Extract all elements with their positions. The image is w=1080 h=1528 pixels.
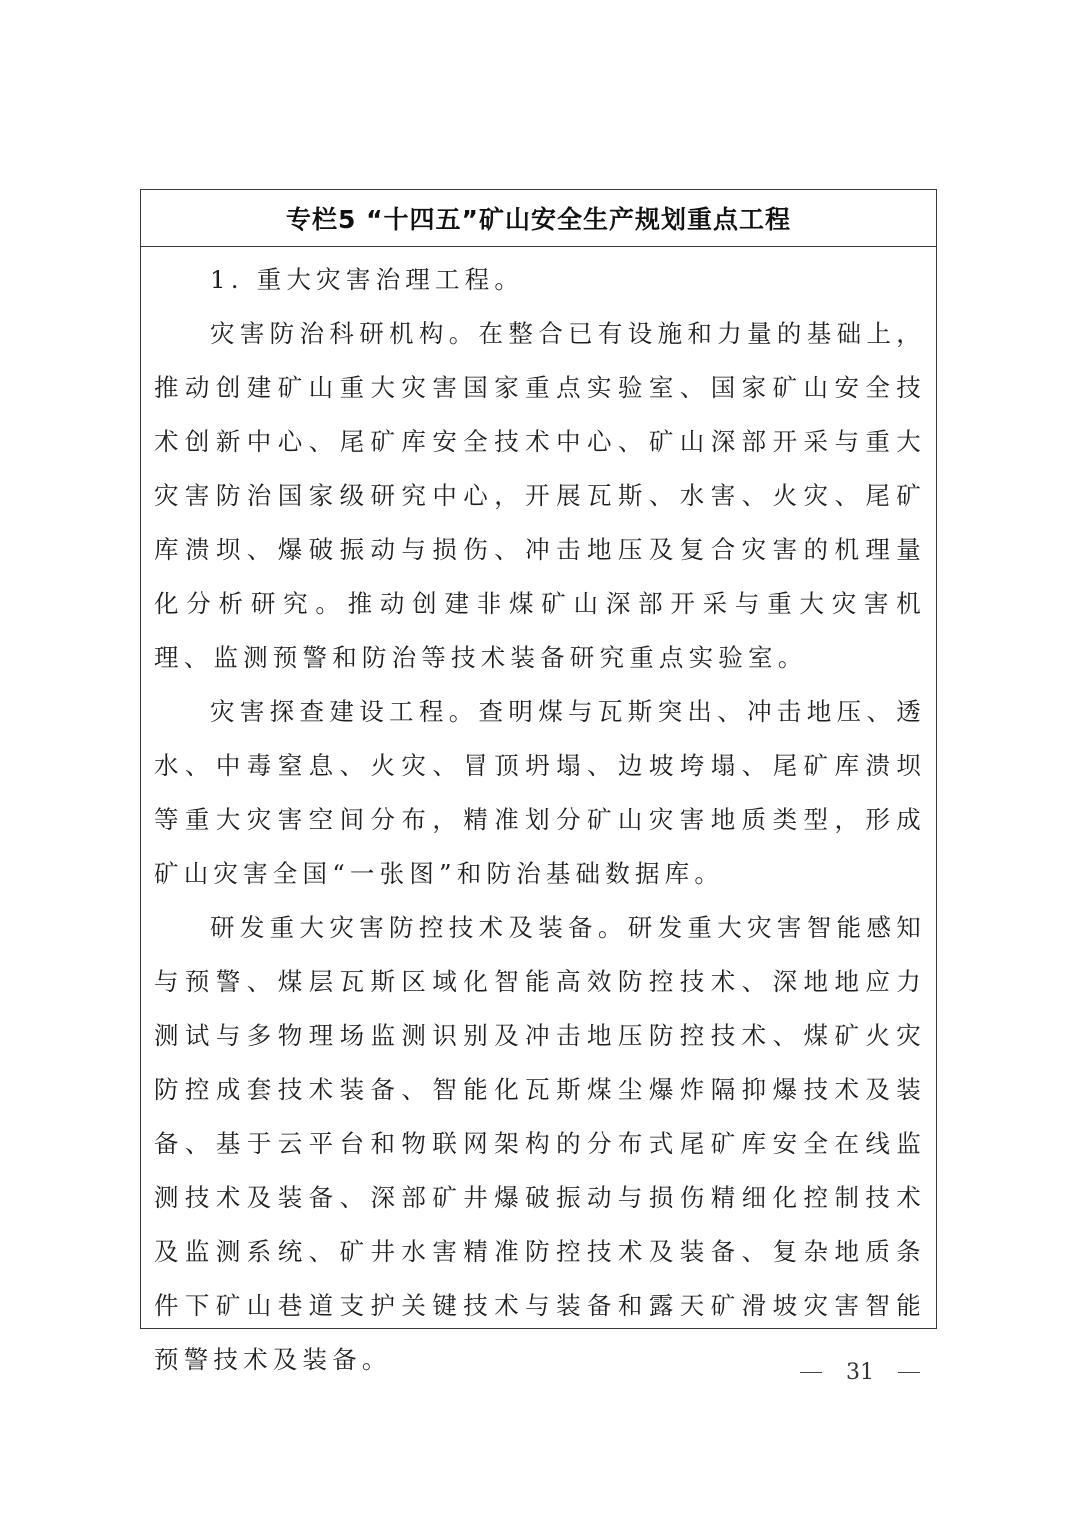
box-title: 专栏5 “十四五”矿山安全生产规划重点工程 bbox=[286, 200, 791, 236]
paragraph-tech-equipment: 研发重大灾害防控技术及装备。研发重大灾害智能感知与预警、煤层瓦斯区域化智能高效防… bbox=[154, 901, 926, 1387]
dash-left bbox=[800, 1372, 822, 1374]
page-number: 31 bbox=[846, 1360, 874, 1385]
section-heading: 1. 重大灾害治理工程。 bbox=[154, 253, 926, 307]
paragraph-hazard-survey: 灾害探查建设工程。查明煤与瓦斯突出、冲击地压、透水、中毒窒息、火灾、冒顶坍塌、边… bbox=[154, 685, 926, 901]
dash-right bbox=[898, 1372, 920, 1374]
box-body: 1. 重大灾害治理工程。 灾害防治科研机构。在整合已有设施和力量的基础上，推动创… bbox=[141, 247, 936, 1387]
page-footer: 31 bbox=[800, 1360, 920, 1385]
paragraph-research-institutions: 灾害防治科研机构。在整合已有设施和力量的基础上，推动创建矿山重大灾害国家重点实验… bbox=[154, 307, 926, 685]
column-box: 专栏5 “十四五”矿山安全生产规划重点工程 1. 重大灾害治理工程。 灾害防治科… bbox=[140, 189, 937, 1329]
box-header: 专栏5 “十四五”矿山安全生产规划重点工程 bbox=[141, 190, 936, 247]
